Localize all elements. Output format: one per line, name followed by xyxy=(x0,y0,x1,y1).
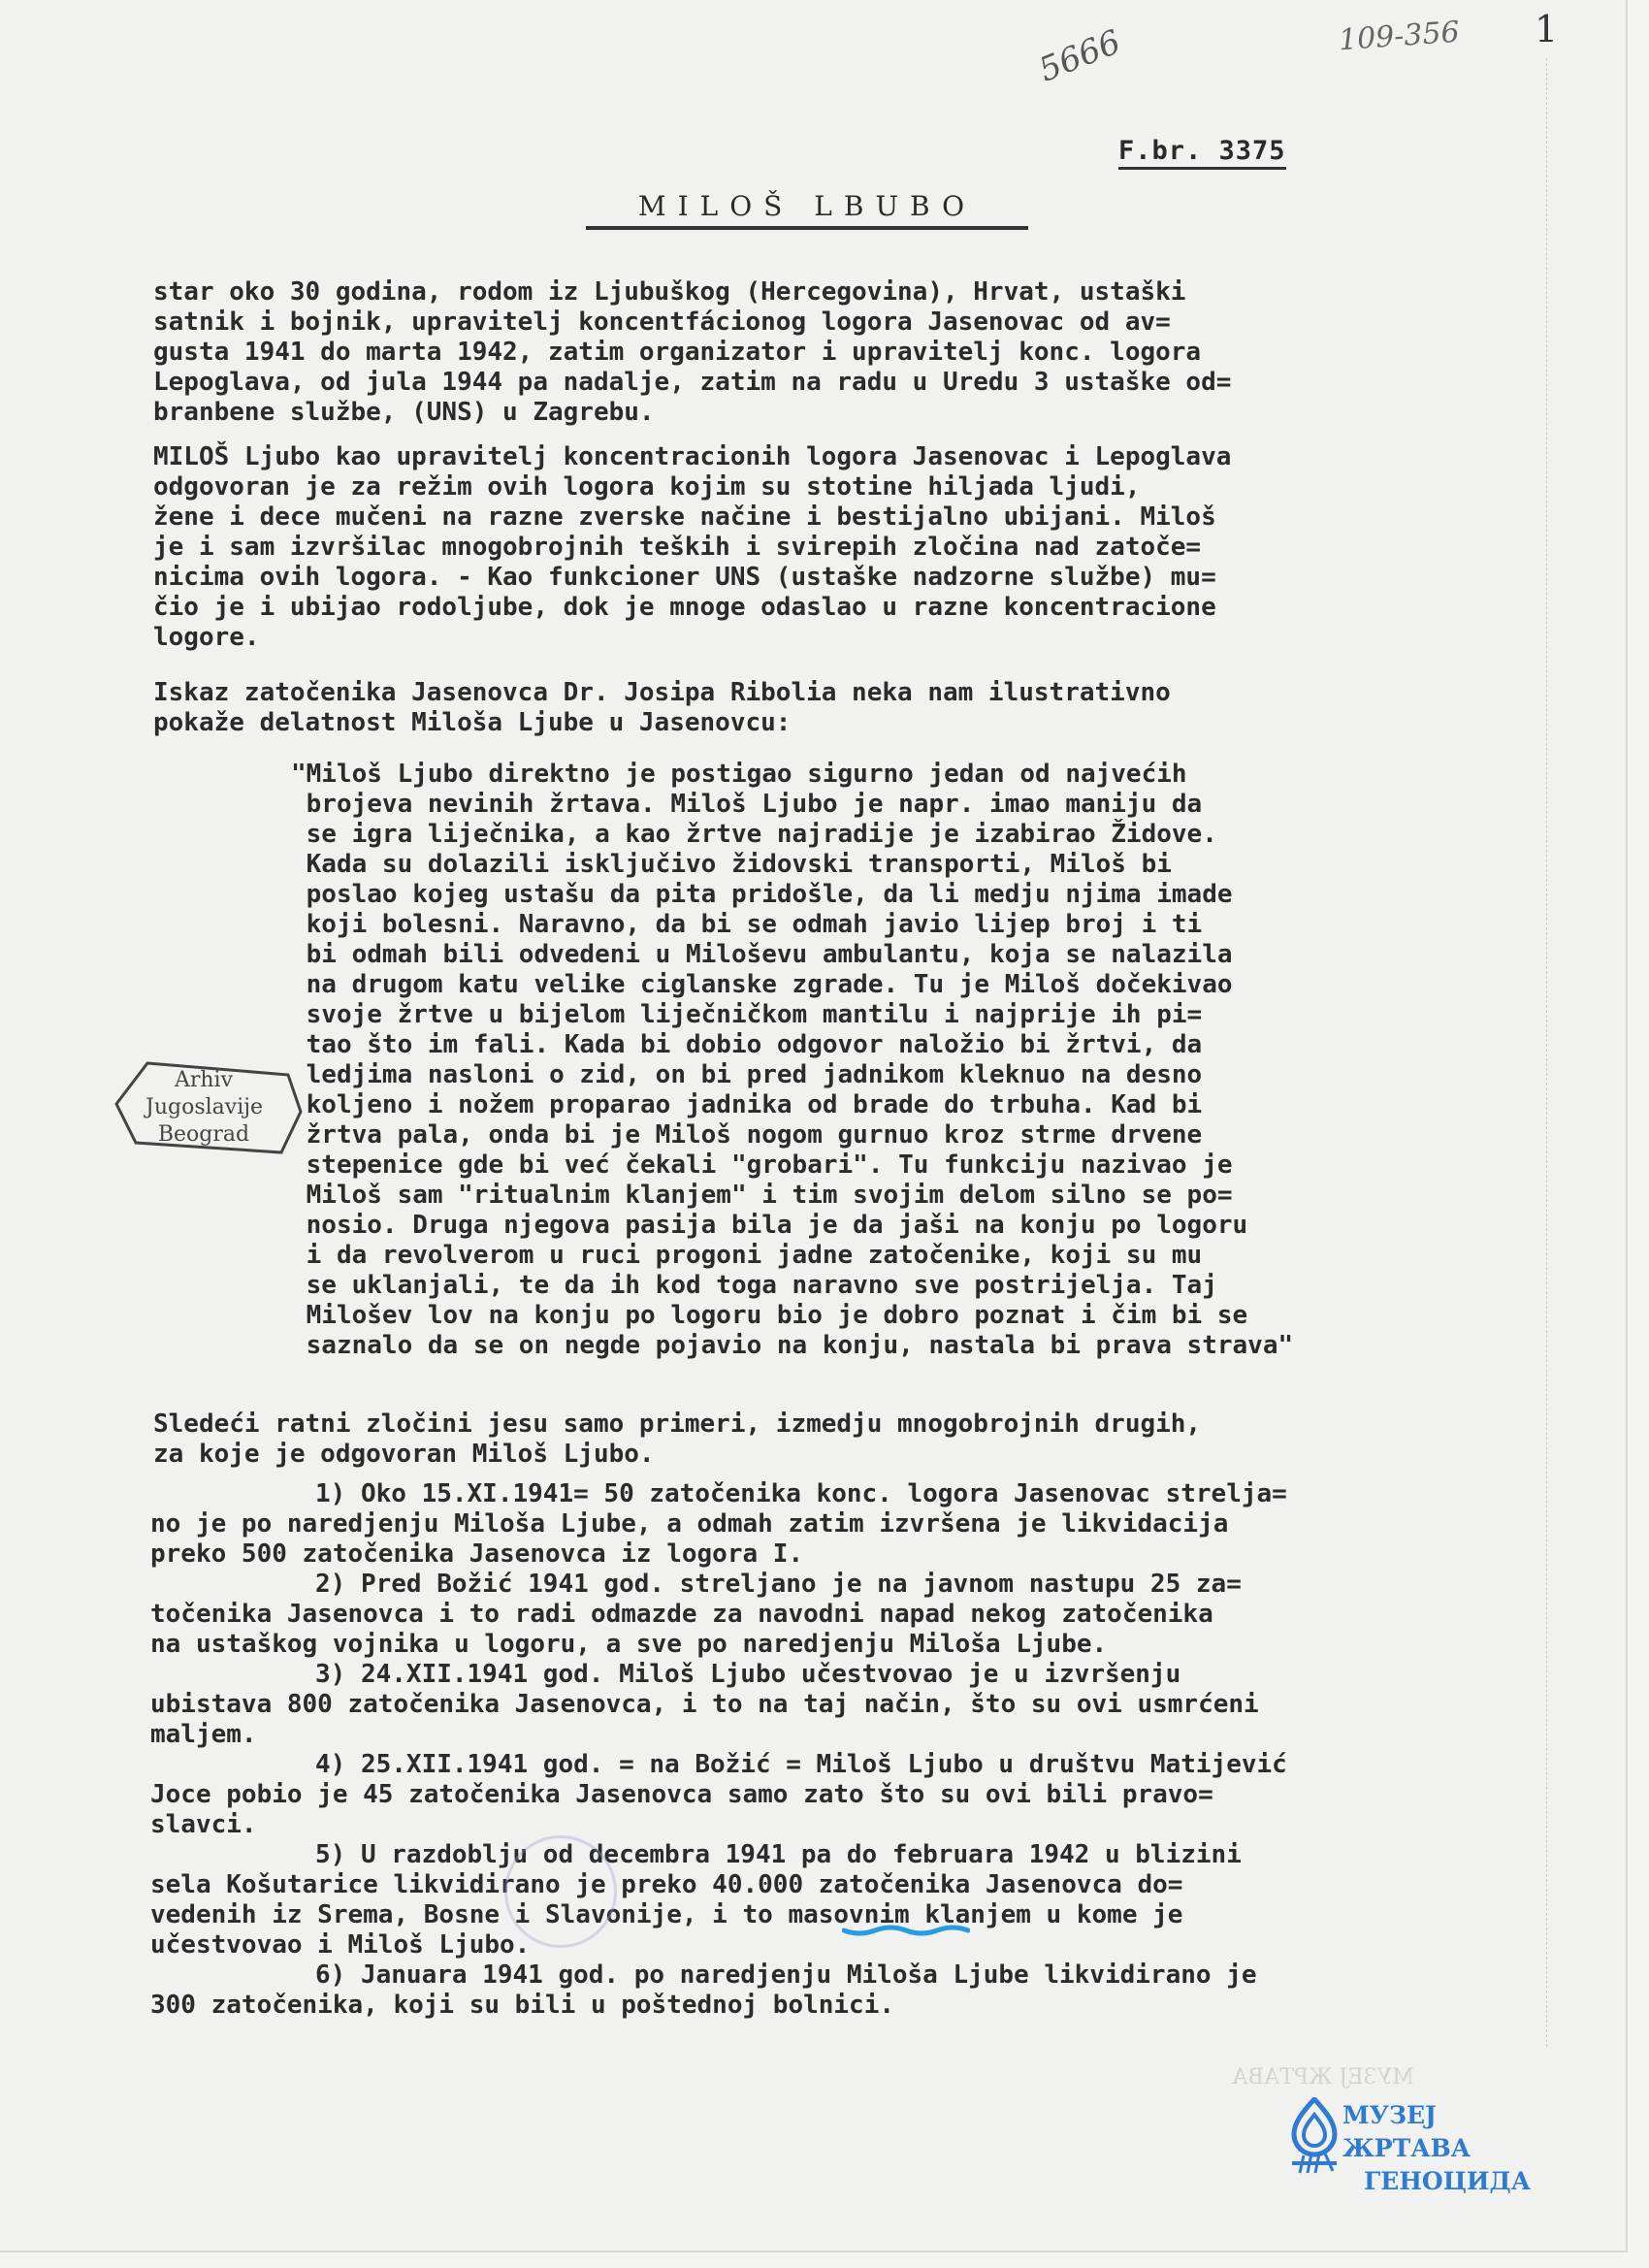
text-line: Milošev lov na konju po logoru bio je do… xyxy=(291,1301,1552,1331)
text-line: saznalo da se on negde pojavio na konju,… xyxy=(291,1331,1552,1361)
text-line: branbene službe, (UNS) u Zagrebu. xyxy=(153,398,1540,428)
text-line: maljem. xyxy=(150,1720,1537,1750)
faded-round-stamp xyxy=(504,1835,617,1948)
crime-item: 4) 25.XII.1941 god. = na Božić = Miloš L… xyxy=(150,1750,1537,1840)
text-line: tao što im fali. Kada bi dobio odgovor n… xyxy=(291,1030,1552,1060)
text-line: Sledeći ratni zločini jesu samo primeri,… xyxy=(153,1409,1540,1440)
archive-stamp-line: Arhiv xyxy=(145,1067,262,1094)
text-line: poslao kojeg ustašu da pita pridošle, da… xyxy=(291,880,1552,910)
text-line: 1) Oko 15.XI.1941= 50 zatočenika konc. l… xyxy=(150,1479,1537,1509)
text-line: Joce pobio je 45 zatočenika Jasenovca sa… xyxy=(150,1780,1537,1810)
flame-barbed-wire-icon xyxy=(1290,2097,1339,2177)
handwritten-archive-number: 5666 xyxy=(1034,22,1126,90)
text-line: star oko 30 godina, rodom iz Ljubuškog (… xyxy=(153,277,1540,308)
text-line: na ustaškog vojnika u logoru, a sve po n… xyxy=(150,1630,1537,1660)
text-line: ledjima nasloni o zid, on bi pred jadnik… xyxy=(291,1060,1552,1090)
text-line: "Miloš Ljubo direktno je postigao sigurn… xyxy=(291,760,1552,790)
text-line: Iskaz zatočenika Jasenovca Dr. Josipa Ri… xyxy=(153,678,1540,708)
text-line: 3) 24.XII.1941 god. Miloš Ljubo učestvov… xyxy=(150,1660,1537,1690)
text-line: nosio. Druga njegova pasija bila je da j… xyxy=(291,1211,1552,1241)
blue-underline-highlight xyxy=(842,1925,970,1936)
text-line: 2) Pred Božić 1941 god. streljano je na … xyxy=(150,1570,1537,1600)
text-line: se igra liječnika, a kao žrtve najradije… xyxy=(291,820,1552,850)
archive-stamp: ArhivJugoslavijeBeograd xyxy=(109,1055,303,1162)
document-title: MILOŠ LBUBO xyxy=(586,190,1028,230)
crime-item: 6) Januara 1941 god. po naredjenju Miloš… xyxy=(150,1960,1537,2021)
text-line: je i sam izvršilac mnogobrojnih teških i… xyxy=(153,533,1540,563)
museum-stamp-text: МУЗЕЈ ЖРТАВА ГЕНОЦИДА xyxy=(1342,2099,1531,2198)
testimony-intro-paragraph: Iskaz zatočenika Jasenovca Dr. Josipa Ri… xyxy=(153,678,1540,738)
text-line: Kada su dolazili isključivo židovski tra… xyxy=(291,850,1552,880)
text-line: 6) Januara 1941 god. po naredjenju Miloš… xyxy=(150,1960,1537,1991)
crimes-intro-paragraph: Sledeći ratni zločini jesu samo primeri,… xyxy=(153,1409,1540,1470)
file-number: F.br. 3375 xyxy=(1118,136,1286,170)
crime-item: 1) Oko 15.XI.1941= 50 zatočenika konc. l… xyxy=(150,1479,1537,1570)
archive-stamp-line: Jugoslavije xyxy=(145,1094,262,1121)
text-line: koljeno i nožem proparao jadnika od brad… xyxy=(291,1090,1552,1120)
text-line: za koje je odgovoran Miloš Ljubo. xyxy=(153,1440,1540,1470)
crime-item: 3) 24.XII.1941 god. Miloš Ljubo učestvov… xyxy=(150,1660,1537,1750)
text-line: svoje žrtve u bijelom liječničkom mantil… xyxy=(291,1000,1552,1030)
crimes-list: 1) Oko 15.XI.1941= 50 zatočenika konc. l… xyxy=(150,1479,1537,2021)
crime-item: 2) Pred Božić 1941 god. streljano je na … xyxy=(150,1570,1537,1660)
text-line: Miloš sam "ritualnim klanjem" i tim svoj… xyxy=(291,1181,1552,1211)
archive-stamp-line: Beograd xyxy=(145,1121,262,1149)
text-line: no je po naredjenju Miloša Ljube, a odma… xyxy=(150,1509,1537,1539)
text-line: se uklanjali, te da ih kod toga naravno … xyxy=(291,1271,1552,1301)
museum-stamp: МУЗЕЈ ЖРТАВА ГЕНОЦИДА xyxy=(1290,2095,1523,2183)
text-line: sela Košutarice likvidirano je preko 40.… xyxy=(150,1870,1537,1900)
text-line: MILOŠ Ljubo kao upravitelj koncentracion… xyxy=(153,442,1540,472)
document-page: 5666 109-356 1 F.br. 3375 MILOŠ LBUBO st… xyxy=(0,0,1628,2252)
crime-item: 5) U razdoblju od decembra 1941 pa do fe… xyxy=(150,1840,1537,1960)
text-line: žene i dece mučeni na razne zverske nači… xyxy=(153,502,1540,533)
responsibility-paragraph: MILOŠ Ljubo kao upravitelj koncentracion… xyxy=(153,442,1540,653)
archive-stamp-text: ArhivJugoslavijeBeograd xyxy=(145,1067,262,1149)
text-line: Lepoglava, od jula 1944 pa nadalje, zati… xyxy=(153,368,1540,398)
text-line: preko 500 zatočenika Jasenovca iz logora… xyxy=(150,1539,1537,1570)
text-line: nicima ovih logora. - Kao funkcioner UNS… xyxy=(153,563,1540,593)
text-line: pokaže delatnost Miloša Ljube u Jasenovc… xyxy=(153,708,1540,738)
handwritten-reference: 109-356 xyxy=(1338,16,1461,58)
text-line: točenika Jasenovca i to radi odmazde za … xyxy=(150,1600,1537,1630)
testimony-quote: "Miloš Ljubo direktno je postigao sigurn… xyxy=(291,760,1552,1361)
text-line: gusta 1941 do marta 1942, zatim organiza… xyxy=(153,338,1540,368)
handwritten-page-number: 1 xyxy=(1535,8,1558,50)
text-line: brojeva nevinih žrtava. Miloš Ljubo je n… xyxy=(291,790,1552,820)
text-line: čio je i ubijao rodoljube, dok je mnoge … xyxy=(153,593,1540,623)
text-line: ubistava 800 zatočenika Jasenovca, i to … xyxy=(150,1690,1537,1720)
intro-paragraph: star oko 30 godina, rodom iz Ljubuškog (… xyxy=(153,277,1540,428)
text-line: koji bolesni. Naravno, da bi se odmah ja… xyxy=(291,910,1552,940)
text-line: logore. xyxy=(153,623,1540,653)
text-line: slavci. xyxy=(150,1810,1537,1840)
text-line: satnik i bojnik, upravitelj koncentfácio… xyxy=(153,308,1540,338)
text-line: stepenice gde bi već čekali "grobari". T… xyxy=(291,1150,1552,1181)
text-line: i da revolverom u ruci progoni jadne zat… xyxy=(291,1241,1552,1271)
text-line: na drugom katu velike ciglanske zgrade. … xyxy=(291,970,1552,1000)
text-line: žrtva pala, onda bi je Miloš nogom gurnu… xyxy=(291,1120,1552,1150)
text-line: 5) U razdoblju od decembra 1941 pa do fe… xyxy=(150,1840,1537,1870)
text-line: bi odmah bili odvedeni u Miloševu ambula… xyxy=(291,940,1552,970)
text-line: 4) 25.XII.1941 god. = na Božić = Miloš L… xyxy=(150,1750,1537,1780)
ghost-museum-stamp: МУЗЕЈ ЖРТАВА xyxy=(1232,2064,1414,2091)
text-line: odgovoran je za režim ovih logora kojim … xyxy=(153,472,1540,502)
text-line: 300 zatočenika, koji su bili u poštednoj… xyxy=(150,1991,1537,2021)
